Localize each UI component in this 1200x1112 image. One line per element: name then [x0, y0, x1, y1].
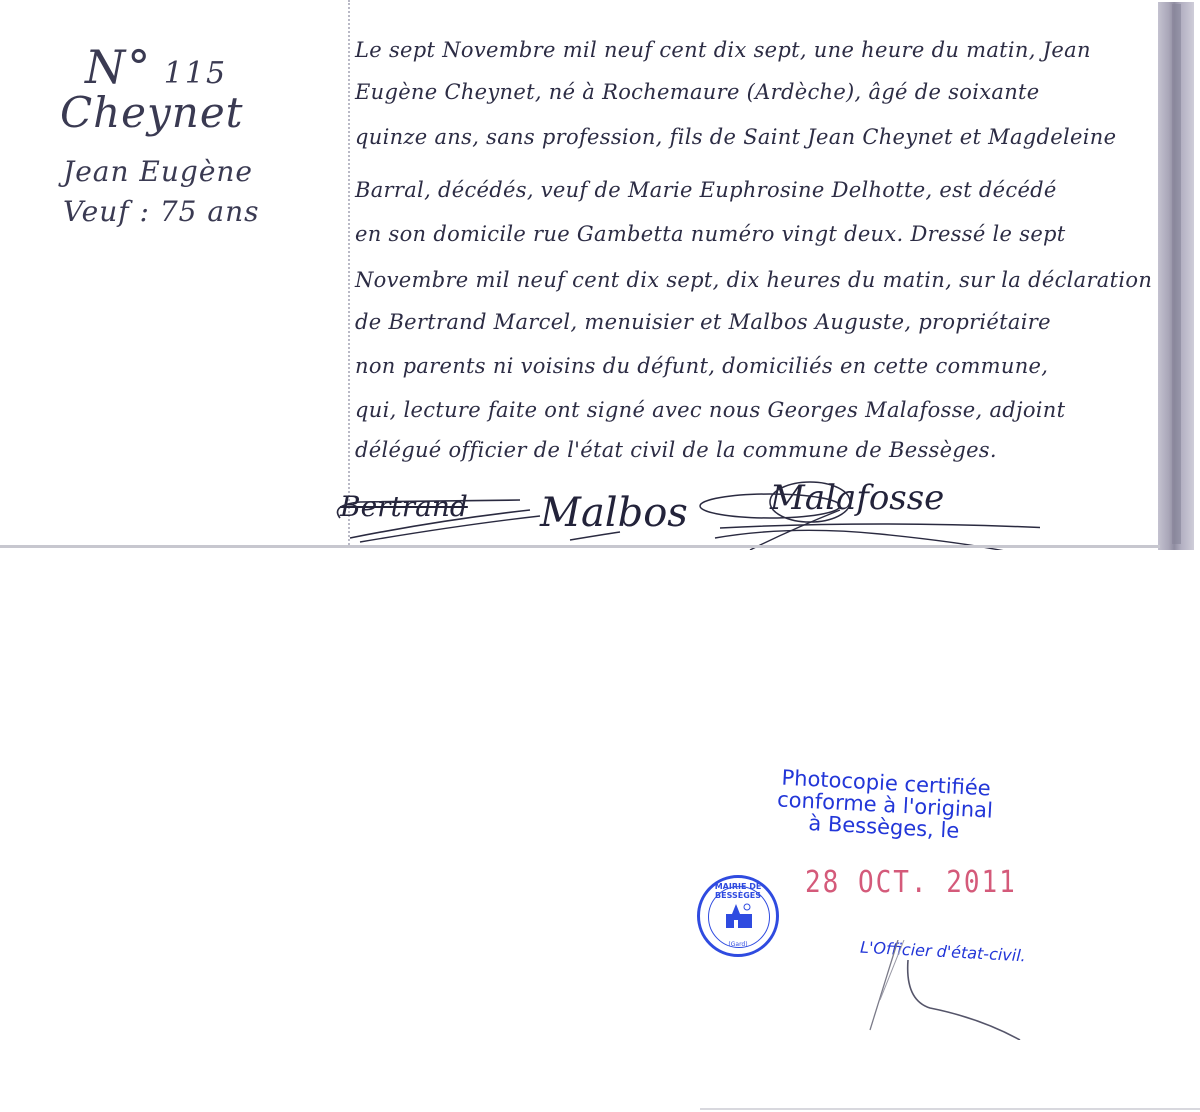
fold-line: [348, 0, 350, 545]
act-line: Le sept Novembre mil neuf cent dix sept,…: [355, 38, 1091, 62]
act-line: Novembre mil neuf cent dix sept, dix heu…: [355, 268, 1152, 292]
marital-status-age: Veuf : 75 ans: [63, 195, 259, 228]
act-line: de Bertrand Marcel, menuisier et Malbos …: [355, 310, 1051, 334]
given-names: Jean Eugène: [63, 155, 253, 188]
paper-bottom-edge: [700, 1108, 1200, 1110]
scan-edge-core: [1172, 4, 1181, 544]
surname: Cheynet: [60, 88, 244, 137]
number-prefix: N°: [85, 40, 152, 94]
act-line: non parents ni voisins du défunt, domici…: [355, 354, 1048, 378]
officer-signature: [860, 940, 1060, 1040]
church-icon: [722, 902, 756, 930]
signature-flourishes: [320, 480, 1040, 550]
certification-stamp: Photocopie certifiée conforme à l'origin…: [758, 766, 1011, 845]
act-line: quinze ans, sans profession, fils de Sai…: [355, 125, 1116, 149]
act-line: qui, lecture faite ont signé avec nous G…: [355, 398, 1065, 422]
town-hall-seal: MAIRIE DE BESSÈGES (Gard): [697, 875, 779, 957]
certification-date: 28 OCT. 2011: [805, 866, 1017, 901]
record-number: N° 115: [85, 40, 227, 94]
act-line: délégué officier de l'état civil de la c…: [355, 438, 997, 462]
paper-edge: [0, 545, 1160, 548]
act-line: Barral, décédés, veuf de Marie Euphrosin…: [355, 178, 1057, 202]
act-line: Eugène Cheynet, né à Rochemaure (Ardèche…: [355, 80, 1040, 104]
number-value: 115: [164, 56, 227, 91]
seal-label: MAIRIE DE BESSÈGES: [700, 882, 776, 900]
document-page: N° 115 Cheynet Jean Eugène Veuf : 75 ans…: [0, 0, 1200, 1112]
seal-department: (Gard): [700, 941, 776, 948]
act-line: en son domicile rue Gambetta numéro ving…: [355, 222, 1066, 246]
